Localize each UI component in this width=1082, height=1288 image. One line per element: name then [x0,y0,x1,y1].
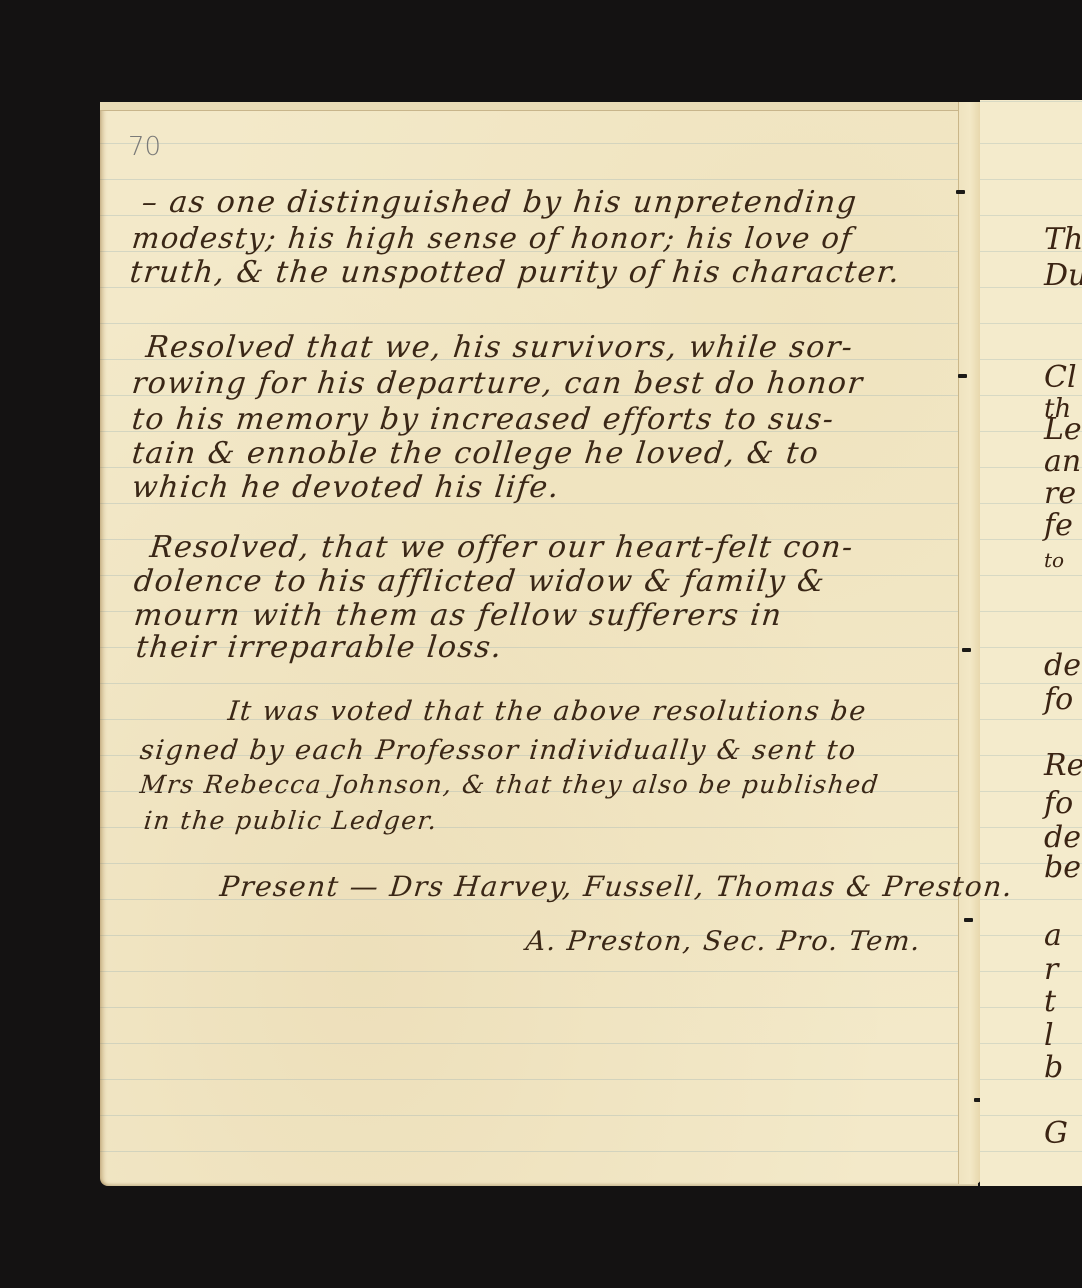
right-page-fragment: l [1044,1018,1054,1053]
text-line: tain & ennoble the college he loved, & t… [130,436,821,471]
text-line: in the public Ledger. [142,806,439,835]
right-page-fragment: Cl [1044,360,1077,395]
right-page-fragment: be [1044,850,1081,885]
document-scan: 70 – as one distinguished by his unprete… [0,0,1082,1288]
right-page-fragment: t [1044,984,1056,1019]
page-number: 70 [128,132,161,162]
right-page-fragment: de [1044,648,1081,683]
text-line: truth, & the unspotted purity of his cha… [128,255,902,290]
text-line: Resolved, that we offer our heart-felt c… [148,530,855,565]
right-page-fragment: Du [1044,258,1082,293]
text-line: It was voted that the above resolutions … [226,696,868,727]
text-line: rowing for his departure, can best do ho… [130,366,865,401]
right-page-fragment: b [1044,1050,1063,1085]
right-page-fragment: Re [1044,748,1082,783]
right-page-fragment: Th [1044,222,1082,257]
text-line: Resolved that we, his survivors, while s… [144,330,855,365]
right-page-fragment: fo [1044,786,1073,821]
right-page-fragment: r [1044,952,1058,987]
text-line: which he devoted his life. [130,470,562,505]
text-line: mourn with them as fellow sufferers in [132,598,784,633]
text-line: to his memory by increased efforts to su… [130,402,836,437]
right-page-fragment: re [1044,476,1076,511]
right-page-fragment: G [1044,1116,1068,1151]
right-page-fragment: to [1044,548,1064,572]
text-line: modesty; his high sense of honor; his lo… [130,221,854,255]
right-page-fragment: Le [1044,412,1082,447]
text-line: their irreparable loss. [134,630,504,665]
text-line: Mrs Rebecca Johnson, & that they also be… [138,770,880,799]
attendance-line: Present — Drs Harvey, Fussell, Thomas & … [218,870,1015,903]
right-page-fragment: an [1044,444,1081,479]
gutter-fold [958,102,981,1184]
right-page-fragment: fe [1044,508,1073,543]
signature: A. Preston, Sec. Pro. Tem. [524,926,922,957]
text-line: – as one distinguished by his unpretendi… [140,185,859,220]
binding-stitch [962,648,971,652]
binding-stitch [964,918,973,922]
right-page-fragment: a [1044,918,1062,953]
text-line: dolence to his afflicted widow & family … [132,564,827,599]
binding-stitch [956,190,965,194]
binding-stitch [958,374,967,378]
text-line: signed by each Professor individually & … [138,735,858,766]
right-page-fragment: fo [1044,682,1073,717]
